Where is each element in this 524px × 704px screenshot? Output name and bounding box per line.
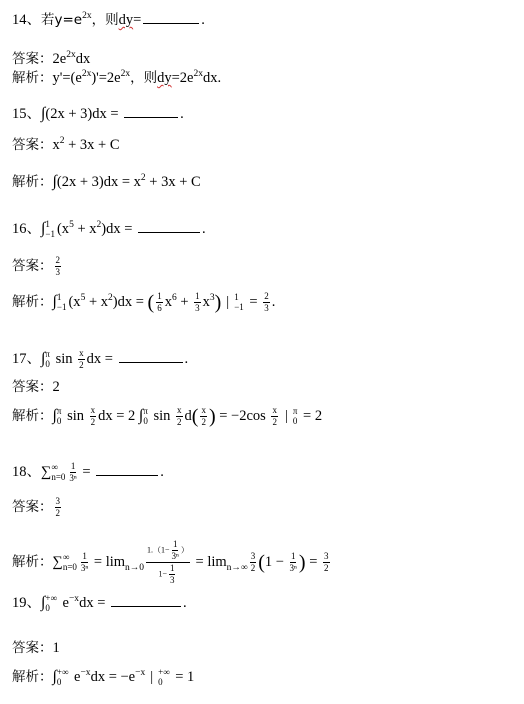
question-text: e [59,595,69,611]
problem-18-question: 18、∑∞n=013ⁿ = . [12,462,164,483]
period: . [202,221,206,237]
numerator: 1 [169,564,176,575]
problem-number: 18、 [12,464,41,480]
analysis-text: (2x + 3)dx = x [57,174,141,190]
question-text: ，则 [92,12,119,28]
analysis-text: sin [63,408,87,424]
numerator: x [200,406,207,417]
analysis-text: =2e [172,70,194,86]
answer-label: 答案： [12,137,53,153]
spellcheck-word: dy [119,12,134,28]
analysis-text: = [306,554,321,570]
answer-blank [96,474,158,476]
superscript: −x [69,594,79,604]
problem-number: 19、 [12,595,41,611]
period: . [272,294,276,310]
denominator: 3ⁿ [81,563,88,573]
analysis-text: )'=2e [91,70,120,86]
numerator-text: 1.（1− [147,545,170,554]
analysis-text: = 1 [172,669,195,685]
denominator: 3ⁿ [69,473,76,483]
fraction: 23 [263,292,270,313]
numerator: x [90,406,97,417]
lower-limit: 0 [57,417,62,427]
left-paren: ( [148,292,155,314]
analysis-text: x [165,294,172,310]
integral-limits: +∞0 [57,668,69,688]
answer-blank [124,116,178,118]
spellcheck-word: dy [157,70,172,86]
lower-limit: n=0 [51,473,65,483]
superscript: 2x [82,69,92,79]
problem-number: 15、 [12,106,41,122]
question-text: + x [74,221,97,237]
numerator: x [176,406,183,417]
superscript: 2x [82,11,92,21]
question-text: = [79,464,94,480]
analysis-text: ，则 [130,70,157,86]
fraction: x2 [271,406,278,427]
problem-16-answer: 答案：23 [12,256,63,277]
left-paren: ( [258,552,265,574]
problem-18-answer: 答案：32 [12,497,63,518]
lower-limit: −1 [57,303,67,313]
numerator: 3 [55,497,62,508]
limit-subscript: n→∞ [227,563,248,573]
evaluation-limits: +∞0 [158,668,170,688]
analysis-text: = lim [90,554,125,570]
problem-17-question: 17、∫π0 sin x2dx = . [12,349,188,370]
denominator-text: 1− [158,569,167,578]
right-paren: ) [299,552,306,574]
problem-19-analysis: 解析：∫+∞0 e−xdx = −e−x|+∞0 = 1 [12,668,194,688]
fraction: 32 [323,552,330,573]
superscript: 3 [210,293,215,303]
analysis-text: + 3x + C [146,174,201,190]
superscript: −x [135,668,145,678]
denominator: 6 [157,303,162,313]
analysis-text: = −2cos [216,408,270,424]
evaluation-bar: | [226,294,229,310]
problem-14-analysis: 解析：y'=(e2x)'=2e2x，则dy=2e2xdx. [12,71,221,86]
analysis-label: 解析： [12,174,53,190]
denominator: 2 [56,508,61,518]
numerator: 1 [194,292,201,303]
denominator: 3 [195,303,200,313]
superscript: 2x [121,69,131,79]
analysis-text: sin [150,408,174,424]
problem-17-analysis: 解析：∫π0 sin x2dx = 2 ∫π0 sin x2d(x2) = −2… [12,406,322,427]
problem-number: 16、 [12,221,41,237]
equals: = [133,12,141,28]
answer-label: 答案： [12,258,53,274]
problem-19-question: 19、∫+∞0 e−xdx = . [12,594,187,614]
question-text: dx = [79,595,109,611]
numerator: 1 [81,552,88,563]
lower-limit: 0 [57,678,69,688]
period: . [201,12,205,28]
evaluation-bar: | [285,408,288,424]
analysis-label: 解析： [12,554,53,570]
denominator: 2 [201,417,206,427]
fraction: x2 [78,349,85,370]
answer-label: 答案： [12,499,53,515]
question-text: )dx = [101,221,136,237]
answer-label: 答案： [12,379,53,395]
evaluation-limits: π0 [293,407,298,427]
analysis-text: )dx = [113,294,148,310]
fraction: x2 [90,406,97,427]
period: . [180,106,184,122]
lower-limit: −1 [234,303,244,313]
denominator: 2 [324,563,329,573]
analysis-text: dx = 2 [98,408,139,424]
integral-limits: 1−1 [57,293,67,313]
lower-limit: 0 [45,360,50,370]
fraction: 13ⁿ [290,552,297,573]
denominator: 1−13 [158,563,177,585]
numerator: x [78,349,85,360]
integral-limits: +∞0 [45,594,57,614]
limit-subscript: n→0 [125,563,144,573]
superscript: 2 [97,220,102,230]
numerator: 1 [70,462,77,473]
analysis-label: 解析： [12,294,53,310]
denominator: 3ⁿ [172,551,179,561]
superscript: 2 [141,173,146,183]
compound-fraction: 1.（1−13ⁿ）1−13 [146,540,190,585]
numerator: x [271,406,278,417]
lower-limit: 0 [45,604,57,614]
numerator-text: ） [181,545,189,554]
numerator: 3 [323,552,330,563]
superscript: 5 [81,293,86,303]
superscript: 6 [172,293,177,303]
lower-limit: −1 [45,230,55,240]
answer-blank [138,231,200,233]
lower-limit: 0 [143,417,148,427]
question-text: sin [52,351,76,367]
denominator: 3 [56,267,61,277]
problem-17-answer: 答案：2 [12,380,60,395]
fraction: 32 [250,552,257,573]
problem-16-analysis: 解析：∫1−1(x5 + x2)dx = (16x6 + 13x3)|1−1 =… [12,292,275,313]
analysis-text: + [177,294,192,310]
problem-number: 17、 [12,351,41,367]
analysis-text: + x [85,294,108,310]
problem-16-question: 16、∫1−1(x5 + x2)dx = . [12,220,206,240]
answer-text: 2 [53,379,60,395]
denominator: 2 [91,417,96,427]
problem-number: 14、 [12,12,41,28]
lower-limit: 0 [158,678,170,688]
numerator: 1 [172,540,179,551]
numerator: 2 [55,256,62,267]
denominator: 2 [79,360,84,370]
superscript: −x [80,668,90,678]
fraction: 13ⁿ [172,540,179,561]
problem-15-analysis: 解析：∫(2x + 3)dx = x2 + 3x + C [12,174,201,190]
numerator: 3 [250,552,257,563]
numerator: 1.（1−13ⁿ） [146,540,190,563]
sum-sign: ∑ [41,464,51,480]
sum-limits: ∞n=0 [51,463,65,483]
superscript: 2 [108,293,113,303]
denominator: 3 [170,575,175,585]
fraction: 13ⁿ [69,462,76,483]
superscript: 2x [194,69,204,79]
sum-limits: ∞n=0 [63,553,77,573]
problem-15-question: 15、∫(2x + 3)dx = . [12,106,184,122]
lower-limit: 0 [293,417,298,427]
answer-blank [143,22,199,24]
question-text: 若y=e [41,12,82,28]
analysis-label: 解析： [12,70,53,86]
fraction: 16 [156,292,163,313]
superscript: 5 [69,220,74,230]
numerator: 1 [156,292,163,303]
analysis-text: dx. [203,70,221,86]
analysis-label: 解析： [12,669,53,685]
integral-limits: 1−1 [45,220,55,240]
left-paren: ( [192,406,199,428]
numerator: 2 [263,292,270,303]
problem-19-answer: 答案：1 [12,641,60,656]
denominator: 3ⁿ [290,563,297,573]
fraction: 13 [169,564,176,585]
analysis-text: dx = −e [91,669,136,685]
fraction: x2 [176,406,183,427]
numerator: 1 [290,552,297,563]
answer-blank [119,361,183,363]
answer-text: 1 [53,640,60,656]
problem-15-answer: 答案：x2 + 3x + C [12,138,120,153]
analysis-text: = lim [192,554,227,570]
problem-14-answer: 答案：2e2xdx [12,52,90,67]
question-text: (2x + 3)dx = [45,106,122,122]
question-text: dx = [87,351,117,367]
period: . [183,595,187,611]
analysis-text: 1 − [265,554,288,570]
lower-limit: n=0 [63,563,77,573]
answer-text: 2e [53,51,67,67]
analysis-text: = 2 [299,408,322,424]
problem-18-analysis: 解析：∑∞n=013ⁿ = limn→01.（1−13ⁿ）1−13 = limn… [12,540,332,585]
integral-limits: π0 [45,350,50,370]
analysis-text: = [246,294,261,310]
analysis-text: d [185,408,192,424]
answer-text: x [53,137,60,153]
answer-fraction: 23 [55,256,62,277]
answer-blank [111,605,181,607]
answer-text: dx [76,51,91,67]
superscript: 2 [60,136,65,146]
analysis-text: (x [68,294,80,310]
denominator: 3 [264,303,269,313]
question-text: (x [57,221,69,237]
denominator: 2 [272,417,277,427]
answer-label: 答案： [12,640,53,656]
sum-sign: ∑ [53,554,63,570]
integral-limits: π0 [57,407,62,427]
fraction: 13 [194,292,201,313]
period: . [185,351,189,367]
integral-limits: π0 [143,407,148,427]
answer-label: 答案： [12,51,53,67]
evaluation-bar: | [150,669,153,685]
period: . [160,464,164,480]
analysis-text: x [203,294,210,310]
analysis-text: y'=(e [53,70,82,86]
denominator: 2 [177,417,182,427]
superscript: 2x [66,50,76,60]
denominator: 2 [251,563,256,573]
answer-fraction: 32 [55,497,62,518]
answer-text: + 3x + C [65,137,120,153]
problem-14-question: 14、若y=e2x，则dy=. [12,13,205,28]
analysis-text: e [70,669,80,685]
evaluation-limits: 1−1 [234,293,244,313]
fraction: x2 [200,406,207,427]
fraction: 13ⁿ [81,552,88,573]
right-paren: ) [209,406,216,428]
right-paren: ) [215,292,222,314]
analysis-label: 解析： [12,408,53,424]
